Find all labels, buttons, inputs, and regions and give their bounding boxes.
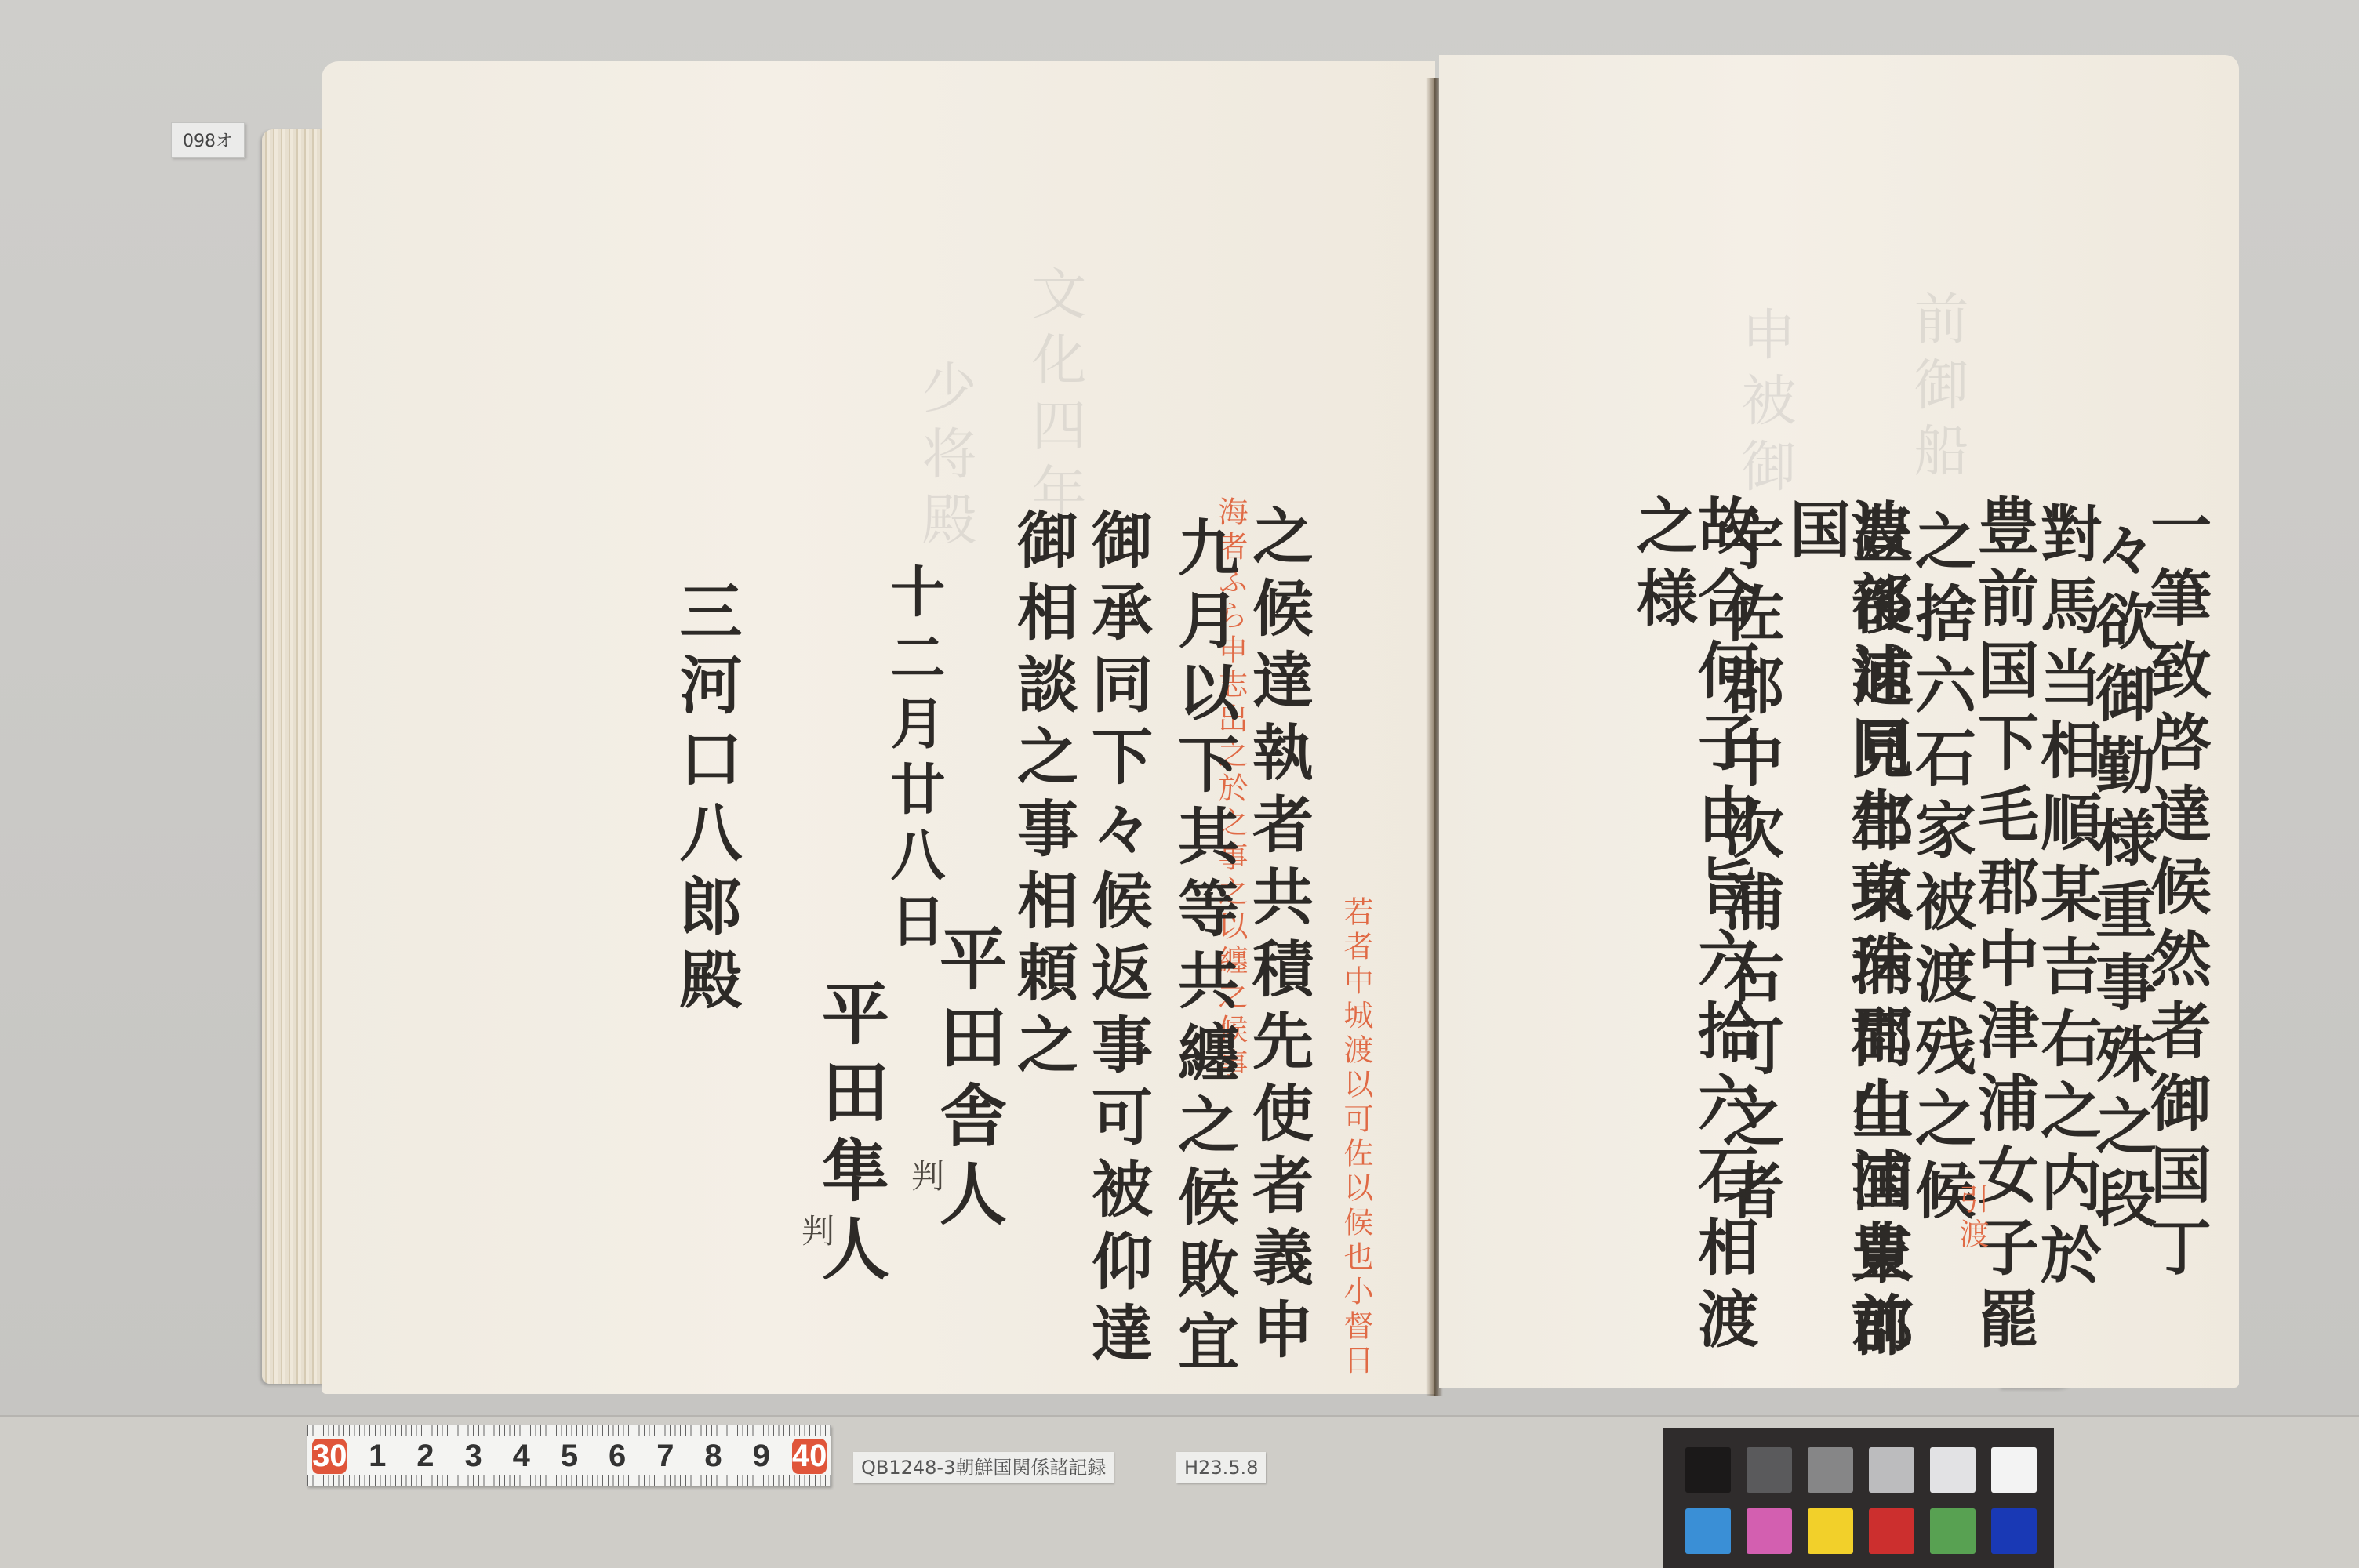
swatch-cyan [1685,1508,1731,1554]
text-column: 波部浦同生玖珠郡山浦豊前国 [1784,498,1906,1388]
swatch-mid-gray [1808,1447,1853,1493]
ruler-number: 3 [456,1439,491,1474]
seal-mark: 判 [902,1159,949,1192]
seal-mark: 判 [792,1214,839,1247]
ruler-number: 8 [696,1439,731,1474]
red-annotation: 若者中城渡以可佐以候也小督日 [1341,896,1371,1379]
swatch-lighter-gray [1930,1447,1976,1493]
color-calibration-chart [1663,1428,2054,1568]
swatch-white [1991,1447,2037,1493]
bleedthrough-text: 少将殿 [918,359,972,557]
text-column: 之候達執者共積先使者義申 [1247,504,1308,1370]
text-column: 之捨六石家被渡残之候 [1910,510,1971,1231]
ruler-end-label: 40 [792,1439,827,1474]
text-column: 御承同下々候返事可被仰達 [1086,508,1147,1374]
left-page: 文化四年 少将殿 之候達執者共積先使者義申 海者ふら申志出之於之事之以纏之候事 … [322,61,1435,1394]
bleedthrough-text: 申被御 [1737,306,1792,503]
text-column: 九月以下其等共纏之候敗宜 [1172,516,1234,1381]
date-column: 十二月廿八日 [886,563,941,958]
ruler-number: 6 [600,1439,634,1474]
open-book: 文化四年 少将殿 之候達執者共積先使者義申 海者ふら申志出之於之事之以纏之候事 … [267,55,2086,1403]
ruler-number: 1 [360,1439,394,1474]
left-page-number-label: 098オ [171,122,245,158]
scale-ruler: 30 1 2 3 4 5 6 7 8 9 40 [307,1425,831,1486]
left-page-stack-edge [262,129,325,1384]
red-annotation: 引渡 [1957,1184,1986,1253]
ruler-number: 2 [408,1439,442,1474]
swatch-blue [1991,1508,2037,1554]
ruler-number: 4 [504,1439,539,1474]
text-column: 御相談之事相頼之 [1012,508,1073,1085]
catalog-id-label: QB1248-3朝鮮国関係諸記録 [853,1452,1114,1483]
ruler-number: 7 [648,1439,682,1474]
bleedthrough-text: 前御船 [1910,290,1965,488]
swatch-light-gray [1869,1447,1914,1493]
ruler-number: 9 [744,1439,779,1474]
addressee-column: 三河口八郎殿 [674,579,737,1021]
swatch-red [1869,1508,1914,1554]
ruler-number: 5 [552,1439,587,1474]
catalog-date-label: H23.5.8 [1176,1452,1266,1483]
swatch-dark-gray [1747,1447,1792,1493]
text-column: 對馬当相順某吉右之内於 [2035,502,2096,1295]
swatch-magenta [1747,1508,1792,1554]
swatch-green [1930,1508,1976,1554]
swatch-yellow [1808,1508,1853,1554]
right-page: 前御船 申被御 一筆致啓達候然者御国丁 々欲御勤様重事殊之段 對馬当相順某吉右之… [1439,55,2239,1388]
bleedthrough-text: 文化四年 [1027,265,1082,528]
text-column: 故合何子由旨六拾六石相渡之様 [1631,494,1754,1388]
swatch-black [1685,1447,1731,1493]
ruler-start-label: 30 [312,1439,347,1474]
